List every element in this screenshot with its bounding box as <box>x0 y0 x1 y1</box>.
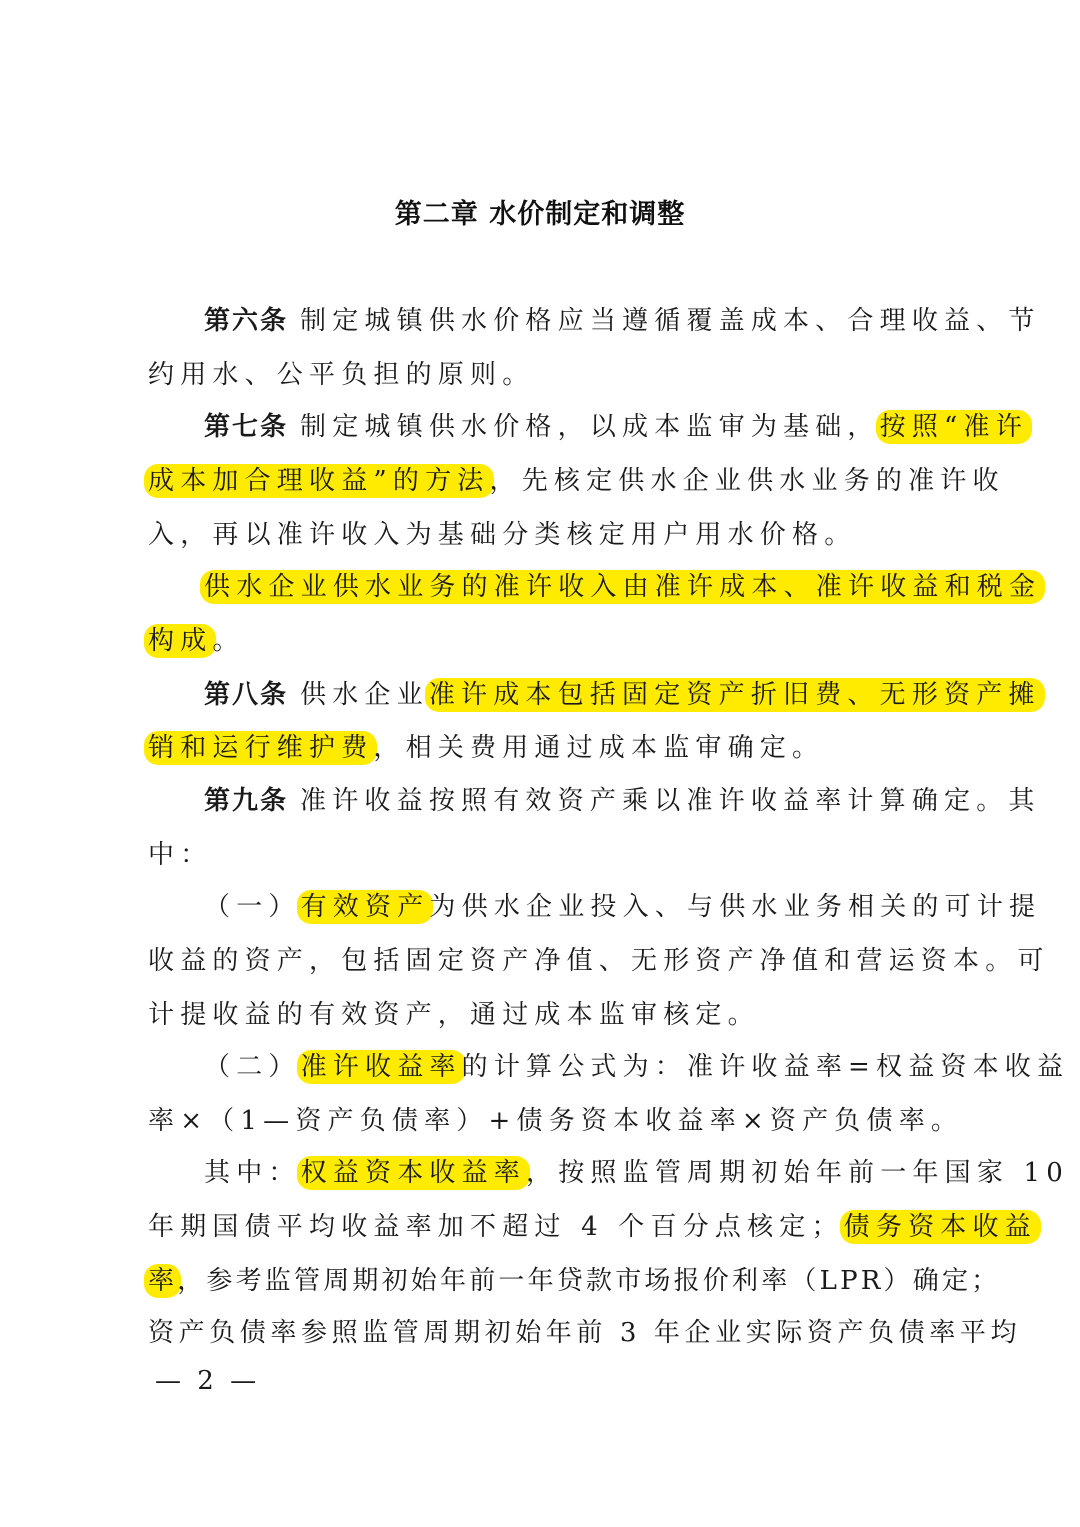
item-1-line-2: 收益的资产，包括固定资产净值、无形资产净值和营运资本。可 <box>148 941 938 981</box>
article-6-line-2: 约用水、公平负担的原则。 <box>148 355 938 395</box>
highlight-effective-assets: 有效资产 <box>297 890 434 924</box>
chapter-title: 第二章 水价制定和调整 <box>0 192 1080 231</box>
highlight-method-cont: 成本加合理收益”的方法 <box>144 464 494 498</box>
article-8-text: 供水企业 <box>300 680 429 710</box>
note-prefix: 其中： <box>204 1158 301 1188</box>
highlight-debt-return-rate-cont: 率 <box>144 1264 181 1298</box>
article-8-text-2: ，相关费用通过成本监审确定。 <box>373 733 824 763</box>
note-line-1: 其中：权益资本收益率，按照监管周期初始年前一年国家 10 <box>204 1153 938 1193</box>
article-9-line-1: 第九条准许收益按照有效资产乘以准许收益率计算确定。其 <box>204 781 938 821</box>
article-9-text: 准许收益按照有效资产乘以准许收益率计算确定。其 <box>300 786 1041 816</box>
article-7-line-1: 第七条制定城镇供水价格，以成本监审为基础，按照“准许 <box>204 407 938 447</box>
item-2-text: 的计算公式为：准许收益率=权益资本收益 <box>462 1052 1070 1082</box>
item-1-line-3: 计提收益的有效资产，通过成本监审核定。 <box>148 995 938 1035</box>
article-6-text: 制定城镇供水价格应当遵循覆盖成本、合理收益、节 <box>300 306 1041 336</box>
article-8-line-1: 第八条供水企业准许成本包括固定资产折旧费、无形资产摊 <box>204 675 938 715</box>
note-line-4: 资产负债率参照监管周期初始年前 3 年企业实际资产负债率平均 <box>148 1313 938 1353</box>
highlight-revenue-composition-cont: 构成 <box>144 624 216 658</box>
article-7-label: 第七条 <box>204 412 288 442</box>
note-text-2: 年期国债平均收益率加不超过 4 个百分点核定； <box>148 1212 844 1242</box>
highlight-allowed-cost: 准许成本包括固定资产折旧费、无形资产摊 <box>425 678 1045 712</box>
highlight-allowed-return-rate: 准许收益率 <box>297 1050 466 1084</box>
item-1-number: （一） <box>204 892 301 922</box>
item-1-text: 为供水企业投入、与供水业务相关的可计提 <box>429 892 1041 922</box>
article-9-label: 第九条 <box>204 786 288 816</box>
article-8-label: 第八条 <box>204 680 288 710</box>
note-line-2: 年期国债平均收益率加不超过 4 个百分点核定；债务资本收益 <box>148 1207 938 1247</box>
article-8-line-2: 销和运行维护费，相关费用通过成本监审确定。 <box>148 728 938 768</box>
page-number: — 2 — <box>155 1366 260 1396</box>
item-2-number: （二） <box>204 1052 301 1082</box>
highlight-debt-return-rate: 债务资本收益 <box>840 1210 1041 1244</box>
item-2-line-2: 率×（1—资产负债率）+债务资本收益率×资产负债率。 <box>148 1101 938 1141</box>
highlight-revenue-composition: 供水企业供水业务的准许收入由准许成本、准许收益和税金 <box>200 570 1045 604</box>
article-7-line-2: 成本加合理收益”的方法，先核定供水企业供水业务的准许收 <box>148 461 938 501</box>
article-7-text: 制定城镇供水价格，以成本监审为基础， <box>300 412 880 442</box>
article-7-para-2-line-2: 构成。 <box>148 621 938 661</box>
note-text-1: ，按照监管周期初始年前一年国家 10 <box>526 1158 1069 1188</box>
article-9-line-2: 中： <box>148 835 938 875</box>
article-7-para-2-line-1: 供水企业供水业务的准许收入由准许成本、准许收益和税金 <box>204 567 938 607</box>
article-6-line-1: 第六条制定城镇供水价格应当遵循覆盖成本、合理收益、节 <box>204 301 938 341</box>
note-line-3: 率，参考监管周期初始年前一年贷款市场报价利率（LPR）确定； <box>148 1261 938 1301</box>
article-6-label: 第六条 <box>204 306 288 336</box>
highlight-equity-return-rate: 权益资本收益率 <box>297 1156 530 1190</box>
article-7-text-2: ，先核定供水企业供水业务的准许收 <box>490 466 1005 496</box>
period: 。 <box>212 626 244 656</box>
item-1-line-1: （一）有效资产为供水企业投入、与供水业务相关的可计提 <box>204 887 938 927</box>
document-page: 第二章 水价制定和调整 第六条制定城镇供水价格应当遵循覆盖成本、合理收益、节 约… <box>0 0 1080 1527</box>
highlight-method: 按照“准许 <box>876 410 1032 444</box>
article-7-line-3: 入，再以准许收入为基础分类核定用户用水价格。 <box>148 515 938 555</box>
note-text-3: ，参考监管周期初始年前一年贷款市场报价利率（LPR）确定； <box>177 1266 1000 1296</box>
highlight-allowed-cost-cont: 销和运行维护费 <box>144 731 377 765</box>
item-2-line-1: （二）准许收益率的计算公式为：准许收益率=权益资本收益 <box>204 1047 938 1087</box>
